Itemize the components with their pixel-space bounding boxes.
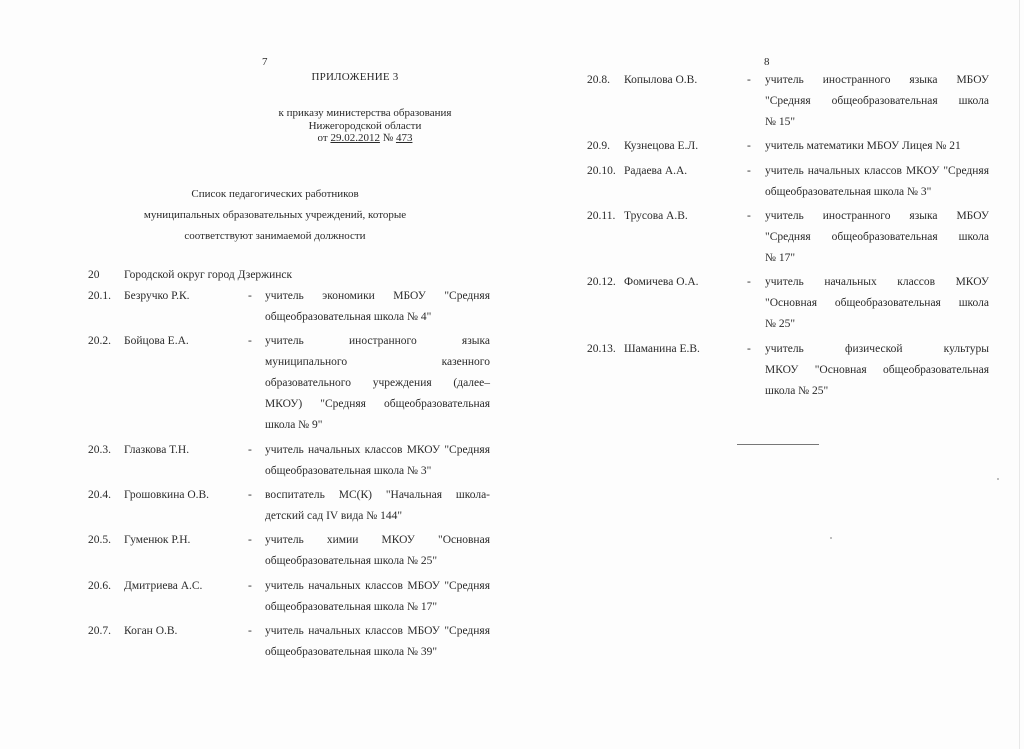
entry-dash: - <box>248 440 252 461</box>
entry-number: 20.3. <box>88 440 111 461</box>
entry-description-line: школа № 9" <box>265 415 490 436</box>
entry-number: 20.2. <box>88 331 111 352</box>
entry-description-line: общеобразовательная школа № 17" <box>265 597 490 618</box>
entry-number: 20.7. <box>88 621 111 642</box>
entry-description-line: учитель начальных классов МКОУ <box>765 272 989 293</box>
entry-description-line: № 17" <box>765 248 989 269</box>
entry-dash: - <box>747 136 751 157</box>
entry-name: Гуменюк Р.Н. <box>124 530 190 551</box>
entry-name: Безручко Р.К. <box>124 286 190 307</box>
entry-description-line: "Средняя общеобразовательная школа <box>765 91 989 112</box>
entry-description-line: учитель иностранного языка <box>265 331 490 352</box>
section-number: 20 <box>88 265 100 286</box>
entry-description: учитель начальных классов МКОУ"Основная … <box>765 272 989 335</box>
entry-description-line: общеобразовательная школа № 39" <box>265 642 490 663</box>
entry-name: Трусова А.В. <box>624 206 688 227</box>
entry-description: учитель математики МБОУ Лицея № 21 <box>765 136 989 157</box>
left-page: 7 ПРИЛОЖЕНИЕ 3 к приказу министерства об… <box>0 0 520 749</box>
list-title-line-2: муниципальных образовательных учреждений… <box>85 205 465 226</box>
entry-description-line: учитель начальных классов МБОУ "Средняя <box>265 621 490 642</box>
entry-dash: - <box>248 331 252 352</box>
order-number-sign: № <box>380 132 396 144</box>
scan-speck <box>997 478 999 480</box>
order-prefix: от <box>318 132 331 144</box>
entry-name: Коган О.В. <box>124 621 177 642</box>
entry-dash: - <box>248 621 252 642</box>
entry-description-line: № 15" <box>765 112 989 133</box>
entry-number: 20.13. <box>587 339 616 360</box>
entry-description-line: учитель начальных классов МКОУ "Средняя <box>265 440 490 461</box>
order-reference: к приказу министерства образования Нижег… <box>235 107 495 145</box>
entry-number: 20.12. <box>587 272 616 293</box>
entry-name: Кузнецова Е.Л. <box>624 136 698 157</box>
entry-dash: - <box>248 530 252 551</box>
entry-name: Радаева А.А. <box>624 161 687 182</box>
entry-description-line: учитель начальных классов МКОУ "Средняя <box>765 161 989 182</box>
entry-description: учитель начальных классов МБОУ "Средняяо… <box>265 621 490 663</box>
entry-description: учитель экономики МБОУ "Средняяобщеобраз… <box>265 286 490 328</box>
entry-name: Фомичева О.А. <box>624 272 699 293</box>
entry-description-line: "Основная общеобразовательная школа <box>765 293 989 314</box>
entry-name: Копылова О.В. <box>624 70 697 91</box>
entry-description-line: школа № 25" <box>765 381 989 402</box>
entry-number: 20.8. <box>587 70 610 91</box>
entry-description-line: образовательного учреждения (далее– <box>265 373 490 394</box>
entry-dash: - <box>747 206 751 227</box>
entry-dash: - <box>248 286 252 307</box>
entry-number: 20.9. <box>587 136 610 157</box>
entry-dash: - <box>248 485 252 506</box>
list-title-line-3: соответствуют занимаемой должности <box>85 226 465 247</box>
entry-description: учитель химии МКОУ "Основнаяобщеобразова… <box>265 530 490 572</box>
entry-number: 20.1. <box>88 286 111 307</box>
entry-description: учитель иностранного языка МБОУ"Средняя … <box>765 70 989 133</box>
entry-description-line: учитель экономики МБОУ "Средняя <box>265 286 490 307</box>
entry-dash: - <box>747 161 751 182</box>
entry-description: учитель начальных классов МКОУ "Средняяо… <box>765 161 989 203</box>
entry-description-line: детский сад IV вида № 144" <box>265 506 490 527</box>
entry-name: Шаманина Е.В. <box>624 339 700 360</box>
page-number: 7 <box>262 56 268 68</box>
order-date: 29.02.2012 <box>330 132 380 144</box>
entry-description: учитель иностранного языкамуниципального… <box>265 331 490 436</box>
page-number: 8 <box>764 56 770 68</box>
entry-description-line: № 25" <box>765 314 989 335</box>
entry-description-line: учитель начальных классов МБОУ "Средняя <box>265 576 490 597</box>
entry-description-line: учитель иностранного языка МБОУ <box>765 70 989 91</box>
order-line-3: от 29.02.2012 № 473 <box>235 132 495 145</box>
entry-description: учитель иностранного языка МБОУ"Средняя … <box>765 206 989 269</box>
entry-description: учитель физической культурыМКОУ "Основна… <box>765 339 989 402</box>
entry-number: 20.6. <box>88 576 111 597</box>
scan-edge-line <box>1019 0 1020 749</box>
entry-number: 20.5. <box>88 530 111 551</box>
entry-description-line: учитель математики МБОУ Лицея № 21 <box>765 136 989 157</box>
order-line-2: Нижегородской области <box>235 120 495 133</box>
entry-description-line: воспитатель МС(К) "Начальная школа- <box>265 485 490 506</box>
entry-description-line: общеобразовательная школа № 3" <box>265 461 490 482</box>
entry-number: 20.10. <box>587 161 616 182</box>
entry-description-line: общеобразовательная школа № 3" <box>765 182 989 203</box>
entry-description-line: учитель химии МКОУ "Основная <box>265 530 490 551</box>
entry-description-line: учитель иностранного языка МБОУ <box>765 206 989 227</box>
entry-dash: - <box>747 272 751 293</box>
entry-description-line: муниципального казенного <box>265 352 490 373</box>
entry-description: учитель начальных классов МБОУ "Средняяо… <box>265 576 490 618</box>
entry-dash: - <box>747 70 751 91</box>
entry-description: воспитатель МС(К) "Начальная школа-детск… <box>265 485 490 527</box>
section-title: Городской округ город Дзержинск <box>124 265 292 286</box>
entry-description-line: учитель физической культуры <box>765 339 989 360</box>
entry-description-line: общеобразовательная школа № 4" <box>265 307 490 328</box>
scan-speck <box>830 537 832 539</box>
right-page: 8 20.8.Копылова О.В.-учитель иностранног… <box>520 0 1024 749</box>
entry-number: 20.11. <box>587 206 615 227</box>
list-title-line-1: Список педагогических работников <box>85 184 465 205</box>
entry-dash: - <box>747 339 751 360</box>
entry-dash: - <box>248 576 252 597</box>
order-number: 473 <box>396 132 413 144</box>
entry-number: 20.4. <box>88 485 111 506</box>
entry-name: Грошовкина О.В. <box>124 485 209 506</box>
order-line-1: к приказу министерства образования <box>235 107 495 120</box>
entry-description-line: МКОУ "Основная общеобразовательная <box>765 360 989 381</box>
entry-name: Глазкова Т.Н. <box>124 440 189 461</box>
entry-description-line: "Средняя общеобразовательная школа <box>765 227 989 248</box>
end-rule-divider <box>737 444 819 445</box>
entry-name: Бойцова Е.А. <box>124 331 189 352</box>
entry-name: Дмитриева А.С. <box>124 576 202 597</box>
entry-description-line: МКОУ) "Средняя общеобразовательная <box>265 394 490 415</box>
entry-description-line: общеобразовательная школа № 25" <box>265 551 490 572</box>
list-title: Список педагогических работников муницип… <box>85 184 465 247</box>
appendix-title: ПРИЛОЖЕНИЕ 3 <box>255 71 455 83</box>
entry-description: учитель начальных классов МКОУ "Средняяо… <box>265 440 490 482</box>
